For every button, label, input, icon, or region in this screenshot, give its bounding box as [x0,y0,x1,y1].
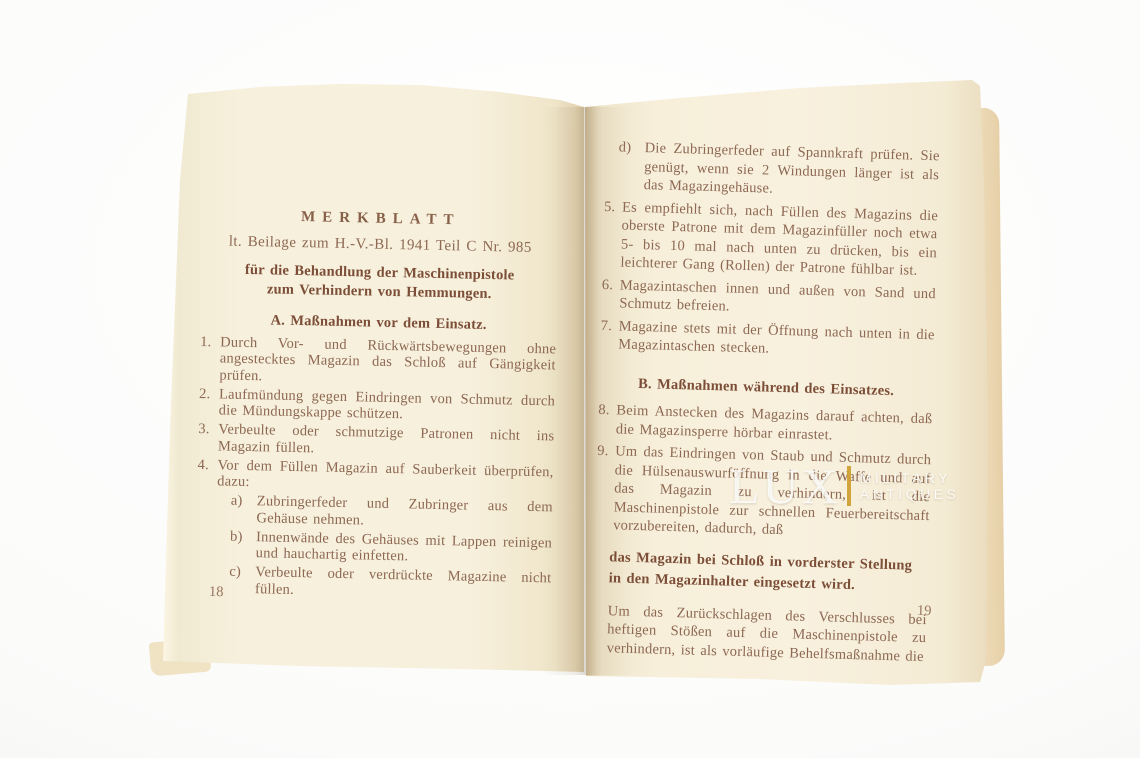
list-item-label: c) [229,564,256,598]
list-item-label: 6. [601,275,620,312]
list-item-text: Magazine stets mit der Öffnung nach unte… [618,317,935,363]
list-item-text: Innenwände des Gehäuses mit Lappen reini… [256,529,553,568]
list-item: 1. Durch Vor- und Rückwärtsbewegungen oh… [199,333,556,390]
list-item: 7. Magazine stets mit der Öffnung nach u… [600,316,935,362]
section-heading-b: B. Maßnahmen während des Einsatzes. [599,373,933,401]
left-page-text: MERKBLATT lt. Beilage zum H.-V.-Bl. 1941… [195,207,559,606]
list-item: 6. Magazintaschen innen und außen von Sa… [601,275,936,321]
list-item-label: d) [617,138,645,194]
list-item-label: 1. [199,333,220,383]
list-item-text: Um das Eindringen von Staub und Schmutz … [613,442,931,543]
right-page-text: d) Die Zubringerfeder auf Spannkraft prü… [592,138,940,666]
list-item: 3. Verbeulte oder schmutzige Patronen ni… [198,421,555,461]
closing-paragraph: Um das Zurückschlagen des Verschlusses b… [607,602,927,666]
list-item-text: Verbeulte oder schmutzige Patronen nicht… [218,421,555,461]
list-item-label: a) [230,493,257,527]
list-subitem: a) Zubringerfeder und Zubringer aus dem … [196,492,553,532]
list-subitem: d) Die Zubringerfeder auf Spannkraft prü… [604,138,939,203]
section-heading-a: A. Maßnahmen vor dem Einsatz. [200,311,556,335]
list-item: 8. Beim Anstecken des Magazins darauf ac… [598,401,933,447]
list-item-label: 3. [198,421,219,454]
list-item-label: 4. [197,456,218,489]
list-item-text: Vor dem Füllen Magazin auf Sauberkeit üb… [217,457,554,497]
document-subtitle: lt. Beilage zum H.-V.-Bl. 1941 Teil C Nr… [202,232,558,256]
list-item-label: 5. [602,197,622,271]
list-item-text: Zubringerfeder und Zubringer aus dem Geh… [256,493,553,532]
page-number-right: 19 [917,603,932,620]
list-item-text: Magazintaschen innen und außen von Sand … [619,276,936,322]
page-number-left: 18 [209,584,224,601]
book-photo: MERKBLATT lt. Beilage zum H.-V.-Bl. 1941… [0,0,1140,758]
list-item-text: Durch Vor- und Rückwärtsbewegungen ohne … [219,334,556,391]
list-item: 4. Vor dem Füllen Magazin auf Sauberkeit… [197,456,554,496]
list-item-label: 8. [598,401,617,438]
list-subitem: b) Innenwände des Gehäuses mit Lappen re… [196,527,553,567]
list-item-text: Verbeulte oder verdrückte Magazine nicht… [255,564,552,603]
list-item-label: 7. [600,316,619,353]
list-item-text: Beim Anstecken des Magazins darauf achte… [616,401,933,447]
document-lead: für die Behandlung der Maschinenpistole … [201,260,558,305]
list-item-text: Laufmündung gegen Eindringen von Schmutz… [219,386,556,426]
emphasized-instruction: das Magazin bei Schloß in vorderster Ste… [608,547,928,598]
list-subitem: c) Verbeulte oder verdrückte Magazine ni… [195,563,552,603]
list-item-label: b) [230,528,257,562]
list-item: 2. Laufmündung gegen Eindringen von Schm… [199,385,556,425]
list-item-text: Die Zubringerfeder auf Spannkraft prüfen… [643,139,939,203]
list-item: 5. Es empfiehlt sich, nach Füllen des Ma… [602,197,938,280]
list-item-label: 2. [199,385,220,418]
list-item-text: Es empfiehlt sich, nach Füllen des Magaz… [620,198,938,281]
list-item: 9. Um das Eindringen von Staub und Schmu… [595,442,931,544]
